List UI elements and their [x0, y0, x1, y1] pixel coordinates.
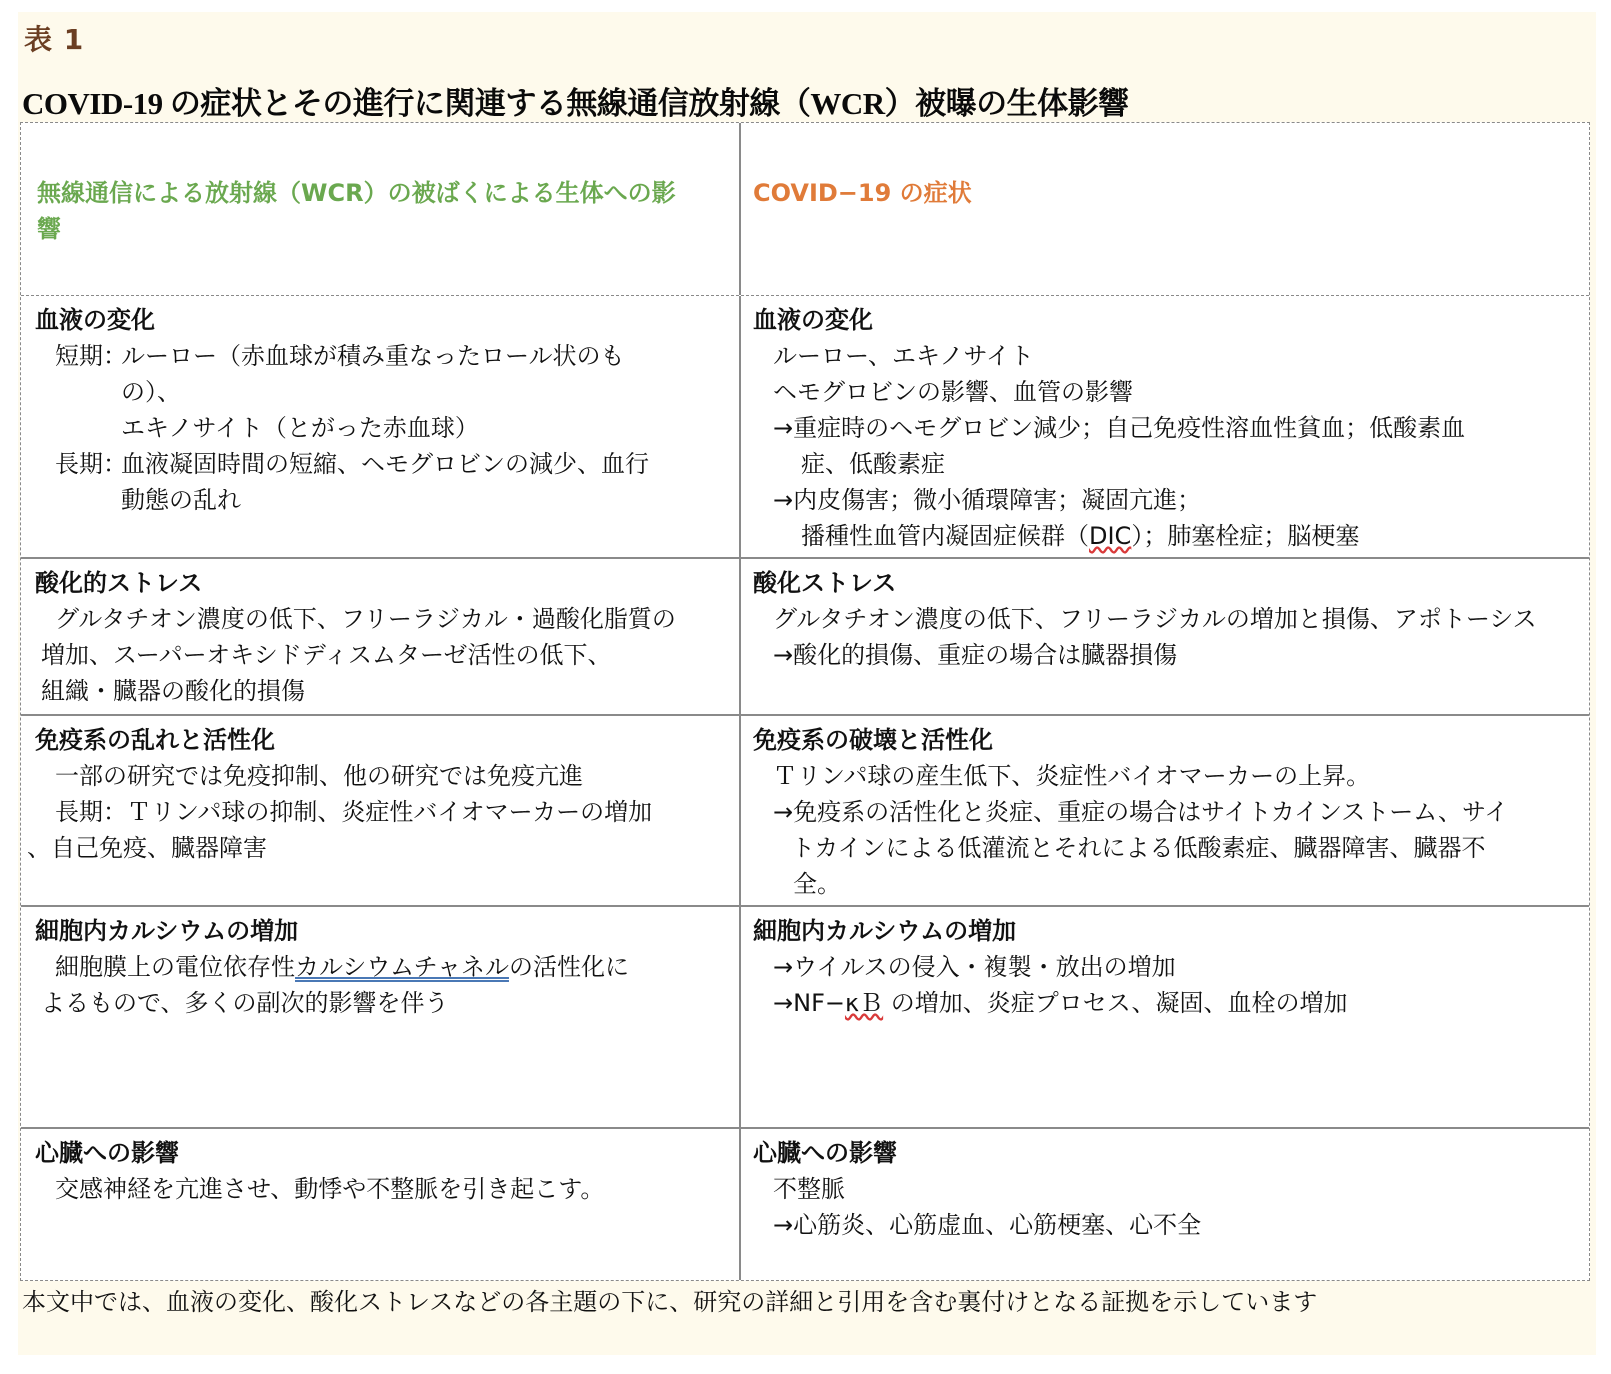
table-header-row: 無線通信による放射線（WCR）の被ばくによる生体への影 響 COVID−19 の… — [21, 123, 1589, 295]
cell-line: 不整脈 — [753, 1171, 1575, 1207]
cell-heading: 酸化的ストレス — [35, 565, 725, 601]
cell-line: 交感神経を亢進させ、動悸や不整脈を引き起こす。 — [35, 1171, 725, 1207]
cell-covid-oxidative-stress: 酸化ストレス グルタチオン濃度の低下、フリーラジカルの増加と損傷、アポトーシス … — [739, 559, 1589, 714]
spellcheck-flagged-text: κＢ — [845, 989, 883, 1017]
cell-text: 播種性血管内凝固症候群（ — [801, 522, 1089, 550]
column-header-covid: COVID−19 の症状 — [753, 175, 972, 211]
cell-heading: 心臓への影響 — [753, 1135, 1575, 1171]
cell-wcr-immune-system: 免疫系の乱れと活性化 一部の研究では免疫抑制、他の研究では免疫亢進 長期：Ｔリン… — [21, 716, 739, 905]
cell-line: Ｔリンパ球の産生低下、炎症性バイオマーカーの上昇。 — [753, 758, 1575, 794]
cell-line: 組織・臓器の酸化的損傷 — [35, 673, 725, 709]
cell-line: グルタチオン濃度の低下、フリーラジカル・過酸化脂質の — [35, 601, 725, 637]
grammar-flagged-text: カルシウムチャネル — [295, 953, 509, 981]
cell-line: 動態の乱れ — [35, 482, 725, 518]
cell-heading: 酸化ストレス — [753, 565, 1575, 601]
table-label: 表 1 — [24, 18, 84, 58]
cell-wcr-heart-effects: 心臓への影響 交感神経を亢進させ、動悸や不整脈を引き起こす。 — [21, 1129, 739, 1280]
spellcheck-flagged-text: DIC — [1089, 522, 1131, 550]
cell-covid-immune-system: 免疫系の破壊と活性化 Ｔリンパ球の産生低下、炎症性バイオマーカーの上昇。 →免疫… — [739, 716, 1589, 905]
cell-line: →NF−κＢ の増加、炎症プロセス、凝固、血栓の増加 — [753, 985, 1575, 1021]
cell-line: 細胞膜上の電位依存性カルシウムチャネルの活性化に — [35, 949, 725, 985]
cell-line: →免疫系の活性化と炎症、重症の場合はサイトカインストーム、サイ — [753, 794, 1575, 830]
cell-line: →心筋炎、心筋虚血、心筋梗塞、心不全 — [753, 1207, 1575, 1243]
cell-line: 長期：血液凝固時間の短縮、ヘモグロビンの減少、血行 — [35, 446, 725, 482]
cell-line: 症、低酸素症 — [753, 446, 1575, 482]
cell-line: →酸化的損傷、重症の場合は臓器損傷 — [753, 637, 1575, 673]
cell-line: 増加、スーパーオキシドディスムターゼ活性の低下、 — [35, 637, 725, 673]
header-cell-wcr: 無線通信による放射線（WCR）の被ばくによる生体への影 響 — [21, 123, 739, 295]
term-label-long: 長期： — [55, 446, 121, 482]
cell-line: 一部の研究では免疫抑制、他の研究では免疫亢進 — [35, 758, 725, 794]
cell-line: 長期：Ｔリンパ球の抑制、炎症性バイオマーカーの増加 — [35, 794, 725, 830]
cell-text: ルーロー（赤血球が積み重なったロール状のも — [121, 342, 625, 370]
cell-line: →内皮傷害；微小循環障害；凝固亢進； — [753, 482, 1575, 518]
cell-wcr-oxidative-stress: 酸化的ストレス グルタチオン濃度の低下、フリーラジカル・過酸化脂質の 増加、スー… — [21, 559, 739, 714]
cell-line: 、自己免疫、臓器障害 — [27, 830, 725, 866]
table-row-oxidative-stress: 酸化的ストレス グルタチオン濃度の低下、フリーラジカル・過酸化脂質の 増加、スー… — [21, 557, 1589, 714]
cell-line: ヘモグロビンの影響、血管の影響 — [753, 374, 1575, 410]
cell-text: 細胞膜上の電位依存性 — [55, 953, 295, 981]
cell-heading: 免疫系の破壊と活性化 — [753, 722, 1575, 758]
table-row-blood: 血液の変化 短期：ルーロー（赤血球が積み重なったロール状のも の）、 エキノサイ… — [21, 295, 1589, 557]
table-row-heart-effects: 心臓への影響 交感神経を亢進させ、動悸や不整脈を引き起こす。 心臓への影響 不整… — [21, 1127, 1589, 1280]
cell-heading: 血液の変化 — [35, 302, 725, 338]
cell-heading: 細胞内カルシウムの増加 — [753, 913, 1575, 949]
cell-line: →重症時のヘモグロビン減少；自己免疫性溶血性貧血；低酸素血 — [753, 410, 1575, 446]
cell-line: 短期：ルーロー（赤血球が積み重なったロール状のも — [35, 338, 725, 374]
cell-heading: 血液の変化 — [753, 302, 1575, 338]
cell-text: ）；肺塞栓症；脳梗塞 — [1131, 522, 1359, 550]
cell-heading: 心臓への影響 — [35, 1135, 725, 1171]
cell-text: の増加、炎症プロセス、凝固、血栓の増加 — [883, 989, 1347, 1017]
table-row-intracellular-calcium: 細胞内カルシウムの増加 細胞膜上の電位依存性カルシウムチャネルの活性化に よるも… — [21, 905, 1589, 1127]
cell-heading: 免疫系の乱れと活性化 — [35, 722, 725, 758]
column-header-wcr: 無線通信による放射線（WCR）の被ばくによる生体への影 響 — [37, 175, 717, 247]
cell-line: →ウイルスの侵入・複製・放出の増加 — [753, 949, 1575, 985]
cell-line: エキノサイト（とがった赤血球） — [35, 410, 725, 446]
cell-line: トカインによる低灌流とそれによる低酸素症、臓器障害、臓器不 — [753, 830, 1575, 866]
cell-text: の活性化に — [509, 953, 629, 981]
cell-line: 全。 — [753, 866, 1575, 902]
table-row-immune-system: 免疫系の乱れと活性化 一部の研究では免疫抑制、他の研究では免疫亢進 長期：Ｔリン… — [21, 714, 1589, 905]
table-footnote: 本文中では、血液の変化、酸化ストレスなどの各主題の下に、研究の詳細と引用を含む裏… — [22, 1284, 1317, 1320]
cell-heading: 細胞内カルシウムの増加 — [35, 913, 725, 949]
cell-covid-blood: 血液の変化 ルーロー、エキノサイト ヘモグロビンの影響、血管の影響 →重症時のヘ… — [739, 296, 1589, 557]
cell-wcr-intracellular-calcium: 細胞内カルシウムの増加 細胞膜上の電位依存性カルシウムチャネルの活性化に よるも… — [21, 907, 739, 1127]
cell-line: よるもので、多くの副次的影響を伴う — [35, 985, 725, 1021]
cell-line: グルタチオン濃度の低下、フリーラジカルの増加と損傷、アポトーシス — [753, 601, 1575, 637]
table-title: COVID-19 の症状とその進行に関連する無線通信放射線（WCR）被曝の生体影… — [22, 78, 1129, 123]
column-header-wcr-line1: 無線通信による放射線（WCR）の被ばくによる生体への影 — [37, 175, 717, 211]
cell-line: 播種性血管内凝固症候群（DIC）；肺塞栓症；脳梗塞 — [753, 518, 1575, 554]
cell-line: の）、 — [35, 374, 725, 410]
term-label-short: 短期： — [55, 338, 121, 374]
cell-covid-heart-effects: 心臓への影響 不整脈 →心筋炎、心筋虚血、心筋梗塞、心不全 — [739, 1129, 1589, 1280]
cell-text: 血液凝固時間の短縮、ヘモグロビンの減少、血行 — [121, 450, 649, 478]
cell-wcr-blood: 血液の変化 短期：ルーロー（赤血球が積み重なったロール状のも の）、 エキノサイ… — [21, 296, 739, 557]
cell-text: →NF− — [773, 989, 845, 1017]
cell-covid-intracellular-calcium: 細胞内カルシウムの増加 →ウイルスの侵入・複製・放出の増加 →NF−κＢ の増加… — [739, 907, 1589, 1127]
column-header-wcr-line2: 響 — [37, 211, 717, 247]
comparison-table: 無線通信による放射線（WCR）の被ばくによる生体への影 響 COVID−19 の… — [20, 122, 1590, 1281]
cell-line: ルーロー、エキノサイト — [753, 338, 1575, 374]
header-cell-covid: COVID−19 の症状 — [739, 123, 1589, 295]
